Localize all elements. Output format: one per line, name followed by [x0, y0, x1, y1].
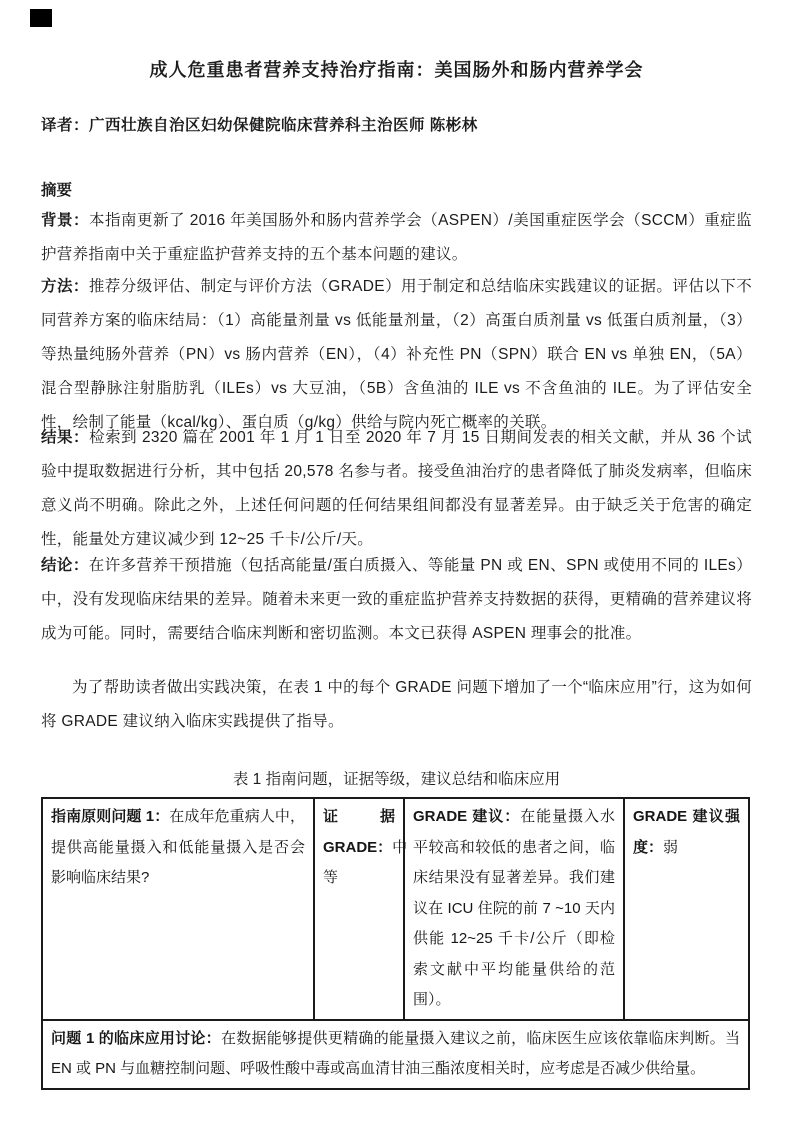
abstract-heading: 摘要: [41, 178, 752, 200]
conclusion-text: 在许多营养干预措施（包括高能量/蛋白质摄入、等能量 PN 或 EN、SPN 或使…: [41, 557, 752, 642]
evidence-head-left: 证: [323, 802, 338, 833]
results-label: 结果：: [41, 429, 89, 446]
strength-label: GRADE 建议强度：: [633, 808, 740, 856]
background-paragraph: 背景：本指南更新了 2016 年美国肠外和肠内营养学会（ASPEN）/美国重症医…: [41, 204, 752, 272]
guideline-table: 指南原则问题 1：在成年危重病人中，提供高能量摄入和低能量摄入是否会影响临床结果…: [41, 797, 750, 1090]
methods-text: 推荐分级评估、制定与评价方法（GRADE）用于制定和总结临床实践建议的证据。评估…: [41, 278, 752, 431]
document-page: { "page": { "title": "成人危重患者营养支持治疗指南：美国肠…: [0, 0, 793, 1122]
scan-artifact-mark: [30, 9, 52, 27]
evidence-head-right: 据: [380, 802, 395, 833]
conclusion-paragraph: 结论：在许多营养干预措施（包括高能量/蛋白质摄入、等能量 PN 或 EN、SPN…: [41, 549, 752, 651]
table-row-question: 指南原则问题 1：在成年危重病人中，提供高能量摄入和低能量摄入是否会影响临床结果…: [42, 798, 749, 1020]
strength-value: 弱: [663, 839, 678, 856]
evidence-grade-label: GRADE：: [323, 839, 392, 856]
results-text: 检索到 2320 篇在 2001 年 1 月 1 日至 2020 年 7 月 1…: [41, 429, 752, 548]
methods-paragraph: 方法：推荐分级评估、制定与评价方法（GRADE）用于制定和总结临床实践建议的证据…: [41, 270, 752, 440]
page-title: 成人危重患者营养支持治疗指南：美国肠外和肠内营养学会: [41, 56, 752, 82]
evidence-grade-line: GRADE：中: [323, 833, 395, 864]
evidence-grade-value-1: 中: [392, 839, 407, 856]
methods-label: 方法：: [41, 278, 89, 295]
question-label: 指南原则问题 1：: [51, 808, 169, 825]
practice-paragraph: 为了帮助读者做出实践决策，在表 1 中的每个 GRADE 问题下增加了一个“临床…: [41, 671, 752, 739]
cell-clinical-application: 问题 1 的临床应用讨论：在数据能够提供更精确的能量摄入建议之前，临床医生应该依…: [42, 1020, 749, 1089]
recommendation-text: 在能量摄入水平较高和较低的患者之间，临床结果没有显著差异。我们建议在 ICU 住…: [413, 808, 615, 1008]
conclusion-label: 结论：: [41, 557, 89, 574]
table-row-application: 问题 1 的临床应用讨论：在数据能够提供更精确的能量摄入建议之前，临床医生应该依…: [42, 1020, 749, 1089]
background-text: 本指南更新了 2016 年美国肠外和肠内营养学会（ASPEN）/美国重症医学会（…: [41, 212, 752, 263]
translator-line: 译者：广西壮族自治区妇幼保健院临床营养科主治医师 陈彬林: [41, 113, 752, 135]
cell-evidence-grade: 证据 GRADE：中 等: [314, 798, 404, 1020]
results-paragraph: 结果：检索到 2320 篇在 2001 年 1 月 1 日至 2020 年 7 …: [41, 421, 752, 557]
application-label: 问题 1 的临床应用讨论：: [51, 1030, 221, 1047]
recommendation-label: GRADE 建议：: [413, 808, 520, 825]
table-caption: 表 1 指南问题，证据等级，建议总结和临床应用: [41, 767, 752, 789]
evidence-header: 证据: [323, 802, 395, 833]
cell-recommendation-strength: GRADE 建议强度：弱: [624, 798, 749, 1020]
background-label: 背景：: [41, 212, 89, 229]
evidence-grade-value-2: 等: [323, 863, 395, 894]
cell-grade-recommendation: GRADE 建议：在能量摄入水平较高和较低的患者之间，临床结果没有显著差异。我们…: [404, 798, 624, 1020]
cell-guideline-question: 指南原则问题 1：在成年危重病人中，提供高能量摄入和低能量摄入是否会影响临床结果…: [42, 798, 314, 1020]
